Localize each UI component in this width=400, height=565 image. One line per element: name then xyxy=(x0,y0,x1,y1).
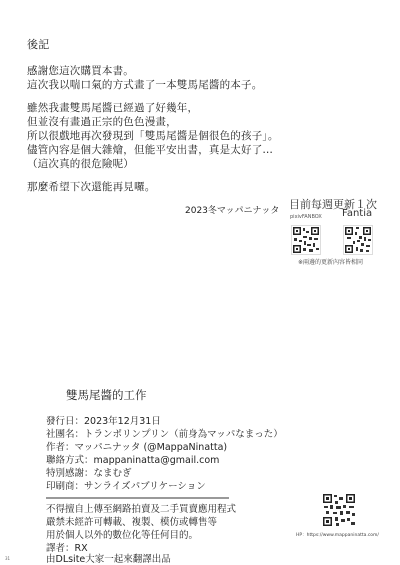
qr-code-icon xyxy=(322,493,356,527)
page-number: 31 xyxy=(5,556,10,561)
afterword-para3: 那麼希望下次還能再見囉。 xyxy=(27,180,155,194)
printer: 印刷商：サンライズパブリケーション xyxy=(46,480,206,494)
qr-code-homepage[interactable] xyxy=(322,493,356,527)
author: 作者：マッパニナッタ (@MappaNinatta) xyxy=(46,441,227,455)
qr-code-fantia[interactable] xyxy=(343,225,373,255)
circle-name: 社團名：トランポリンプリン（前身為マッパなまった） xyxy=(46,428,283,442)
release-date: 發行日：2023年12月31日 xyxy=(46,415,161,429)
homepage-url[interactable]: HP：https://www.mappaninatta.com/ xyxy=(296,532,379,538)
notice-line3: 用於個人以外的數位化等任何目的。 xyxy=(46,529,198,543)
afterword-para2-line2: 但並沒有畫過正宗的色色漫畫， xyxy=(27,115,177,129)
afterword-para1-line2: 這次我以喘口氣的方式畫了一本雙馬尾醬的本子。 xyxy=(27,78,262,92)
qr-code-icon xyxy=(292,226,320,254)
fanbox-label: pixivFANBOX xyxy=(290,214,322,220)
update-note: ※兩邊的更新內容皆相同 xyxy=(298,257,363,266)
notice-line2: 嚴禁未經許可轉載、複製、模仿或轉售等 xyxy=(46,516,217,530)
afterword-para2-line1: 雖然我畫雙馬尾醬已經過了好幾年， xyxy=(27,101,198,115)
afterword-para2-line5: （這次真的很危險呢） xyxy=(27,157,134,171)
notice-line1: 不得擅自上傳至網路拍賣及二手買賣應用程式 xyxy=(46,503,236,517)
fantia-label: Fantia xyxy=(342,208,372,219)
book-title: 雙馬尾醬的工作 xyxy=(66,387,147,403)
afterword-para2-line3: 所以很戲地再次發現到「雙馬尾醬是個很色的孩子」。 xyxy=(27,129,279,143)
contact: 聯絡方式：mappaninatta@gmail.com xyxy=(46,454,219,468)
translation-credit: 由DLsite大家一起來翻譯出品 xyxy=(46,553,171,565)
qr-code-fanbox[interactable] xyxy=(291,225,321,255)
afterword-para2-line4: 儘管內容是個大雜燴，但能平安出書，真是太好了… xyxy=(27,143,273,157)
afterword-title: 後記 xyxy=(27,38,49,52)
special-thanks: 特別感謝：なまむぎ xyxy=(46,467,132,481)
qr-code-icon xyxy=(344,226,372,254)
colophon-divider xyxy=(46,497,229,499)
afterword-signature: 2023冬マッパニナッタ xyxy=(185,203,279,216)
afterword-para1-line1: 感謝您這次購買本書。 xyxy=(27,64,134,78)
